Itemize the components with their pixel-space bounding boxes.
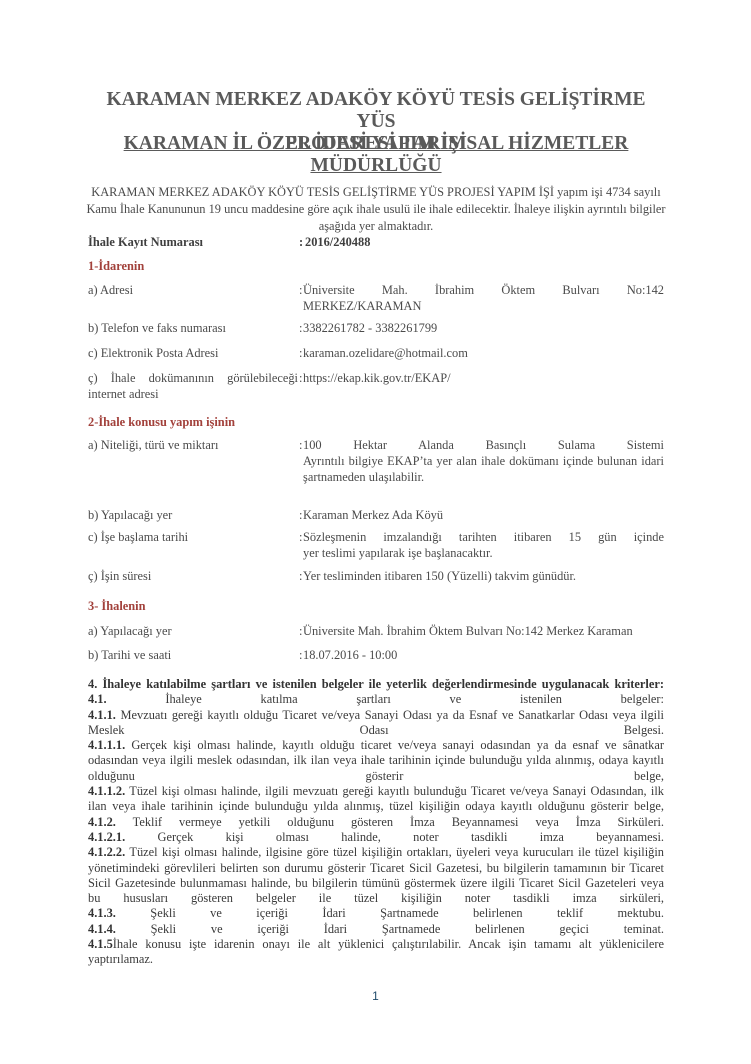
admin-address-value-2: MERKEZ/KARAMAN xyxy=(303,299,421,313)
criteria-item: 4.1. İhaleye katılma şartları ve istenil… xyxy=(88,692,664,707)
subtitle-line-1: KARAMAN İL ÖZEL İDARESİ TARIMSAL HİZMETL… xyxy=(88,133,664,155)
criteria-heading: 4. İhaleye katılabilme şartları ve isten… xyxy=(88,677,664,692)
subject-location-label: b) Yapılacağı yer xyxy=(88,507,300,523)
tender-place-label: a) Yapılacağı yer xyxy=(88,623,300,639)
admin-phone-value: 3382261782 - 3382261799 xyxy=(303,320,664,336)
subtitle-line-2: MÜDÜRLÜĞÜ xyxy=(88,155,664,177)
criteria-item: 4.1.2. Teklif vermeye yetkili olduğunu g… xyxy=(88,815,664,830)
admin-address-label: a) Adresi xyxy=(88,282,300,298)
subject-nature-value-2: Ayrıntılı bilgiye EKAP’ta yer alan ihale… xyxy=(303,454,664,484)
section-subject-heading: 2-İhale konusu yapım işinin xyxy=(88,415,235,430)
title-line-1: KARAMAN MERKEZ ADAKÖY KÖYÜ TESİS GELİŞTİ… xyxy=(88,89,664,133)
subject-location-value: Karaman Merkez Ada Köyü xyxy=(303,507,664,523)
admin-address-value-1: Üniversite Mah. İbrahim Öktem Bulvarı No… xyxy=(303,282,664,298)
admin-phone-label: b) Telefon ve faks numarası xyxy=(88,320,300,336)
admin-email-value[interactable]: karaman.ozelidare@hotmail.com xyxy=(303,345,664,361)
intro-paragraph: KARAMAN MERKEZ ADAKÖY KÖYÜ TESİS GELİŞTİ… xyxy=(84,184,668,235)
criteria-item: 4.1.1.1. Gerçek kişi olması halinde, kay… xyxy=(88,738,664,753)
admin-email-label: c) Elektronik Posta Adresi xyxy=(88,345,300,361)
tender-datetime-label: b) Tarihi ve saati xyxy=(88,647,300,663)
tender-place-value: Üniversite Mah. İbrahim Öktem Bulvarı No… xyxy=(303,623,664,639)
document-subtitle: KARAMAN İL ÖZEL İDARESİ TARIMSAL HİZMETL… xyxy=(88,133,664,177)
page-number: 1 xyxy=(0,989,751,1003)
subject-nature-label: a) Niteliği, türü ve miktarı xyxy=(88,437,300,453)
subject-nature-value-1: 100 Hektar Alanda Basınçlı Sulama Sistem… xyxy=(303,437,664,453)
subject-duration-label: ç) İşin süresi xyxy=(88,568,300,584)
tender-datetime-value: 18.07.2016 - 10:00 xyxy=(303,647,664,663)
criteria-item: 4.1.4. Şekli ve içeriği İdari Şartnamede… xyxy=(88,922,664,937)
subject-start-label: c) İşe başlama tarihi xyxy=(88,529,300,545)
subject-duration-value: Yer tesliminden itibaren 150 (Yüzelli) t… xyxy=(303,568,664,584)
section-administration-heading: 1-İdarenin xyxy=(88,259,144,274)
criteria-item: 4.1.5İhale konusu işte idarenin onayı il… xyxy=(88,937,664,952)
criteria-item: 4.1.2.2. Tüzel kişi olması halinde, ilgi… xyxy=(88,845,664,860)
subject-start-value-2: yer teslimi yapılarak işe başlanacaktır. xyxy=(303,546,493,560)
admin-website-label-1: ç) İhale dokümanının görülebileceği xyxy=(88,370,298,386)
registration-label: İhale Kayıt Numarası xyxy=(88,234,300,250)
criteria-item: 4.1.1.2. Tüzel kişi olması halinde, ilgi… xyxy=(88,784,664,799)
subject-start-value-1: Sözleşmenin imzalandığı tarihten itibare… xyxy=(303,529,664,545)
criteria-item: 4.1.1. Mevzuatı gereği kayıtlı olduğu Ti… xyxy=(88,708,664,723)
admin-website-label-2: internet adresi xyxy=(88,386,300,402)
admin-website-value[interactable]: https://ekap.kik.gov.tr/EKAP/ xyxy=(303,370,664,386)
section-tender-heading: 3- İhalenin xyxy=(88,599,146,614)
criteria-item: 4.1.2.1. Gerçek kişi olması halinde, not… xyxy=(88,830,664,845)
criteria-block: 4. İhaleye katılabilme şartları ve isten… xyxy=(88,677,664,968)
criteria-item: 4.1.3. Şekli ve içeriği İdari Şartnamede… xyxy=(88,906,664,921)
registration-value: 2016/240488 xyxy=(305,234,666,250)
